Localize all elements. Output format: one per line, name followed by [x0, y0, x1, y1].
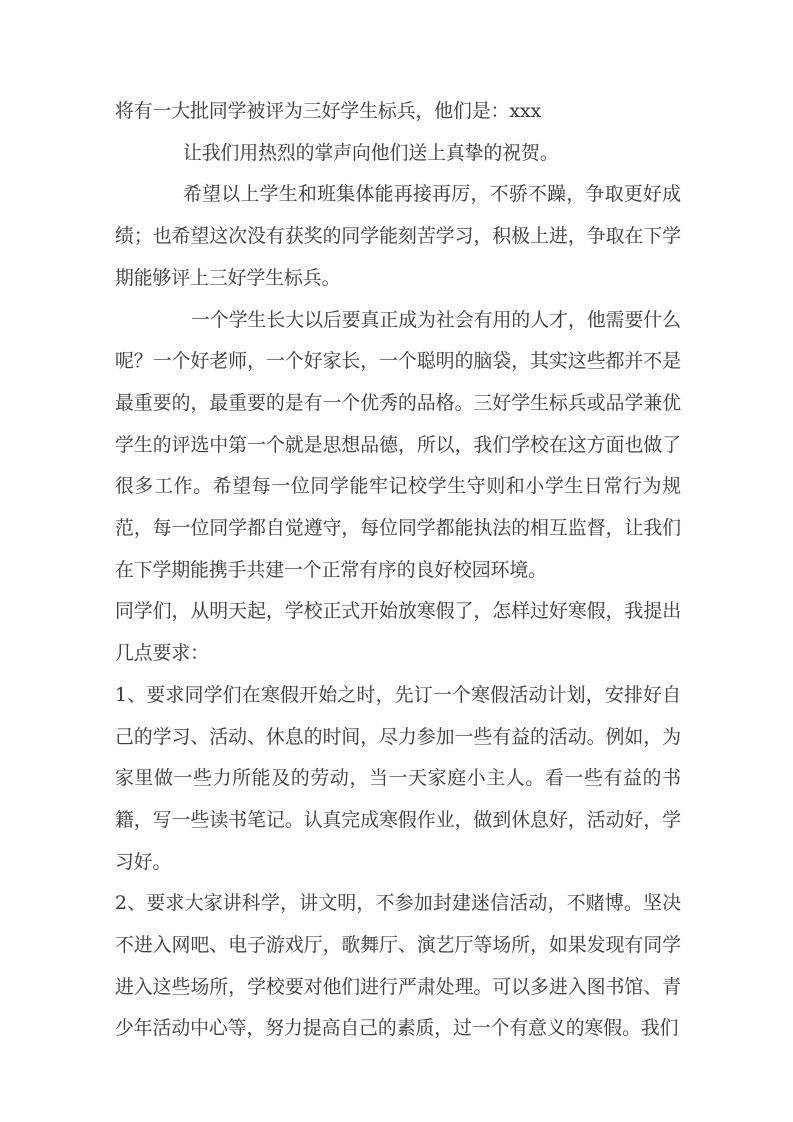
paragraph-requirement-1: 1、要求同学们在寒假开始之时，先订一个寒假活动计划，安排好自己的学习、活动、休息…: [115, 675, 681, 884]
paragraph-hope-students: 希望以上学生和班集体能再接再厉，不骄不躁，争取更好成绩；也希望这次没有获奖的同学…: [115, 174, 681, 299]
paragraph-applause: 让我们用热烈的掌声向他们送上真挚的祝贺。: [115, 133, 681, 175]
paragraph-requirement-2: 2、要求大家讲科学，讲文明，不参加封建迷信活动，不赌博。坚决不进入网吧、电子游戏…: [115, 883, 681, 1050]
paragraph-winter-vacation-intro: 同学们，从明天起，学校正式开始放寒假了，怎样过好寒假，我提出几点要求：: [115, 591, 681, 674]
paragraph-awarded-students: 将有一大批同学被评为三好学生标兵，他们是：xxx: [115, 91, 681, 133]
paragraph-character-importance: 一个学生长大以后要真正成为社会有用的人才，他需要什么呢？一个好老师，一个好家长，…: [115, 300, 681, 592]
document-page: 将有一大批同学被评为三好学生标兵，他们是：xxx 让我们用热烈的掌声向他们送上真…: [0, 0, 793, 1122]
